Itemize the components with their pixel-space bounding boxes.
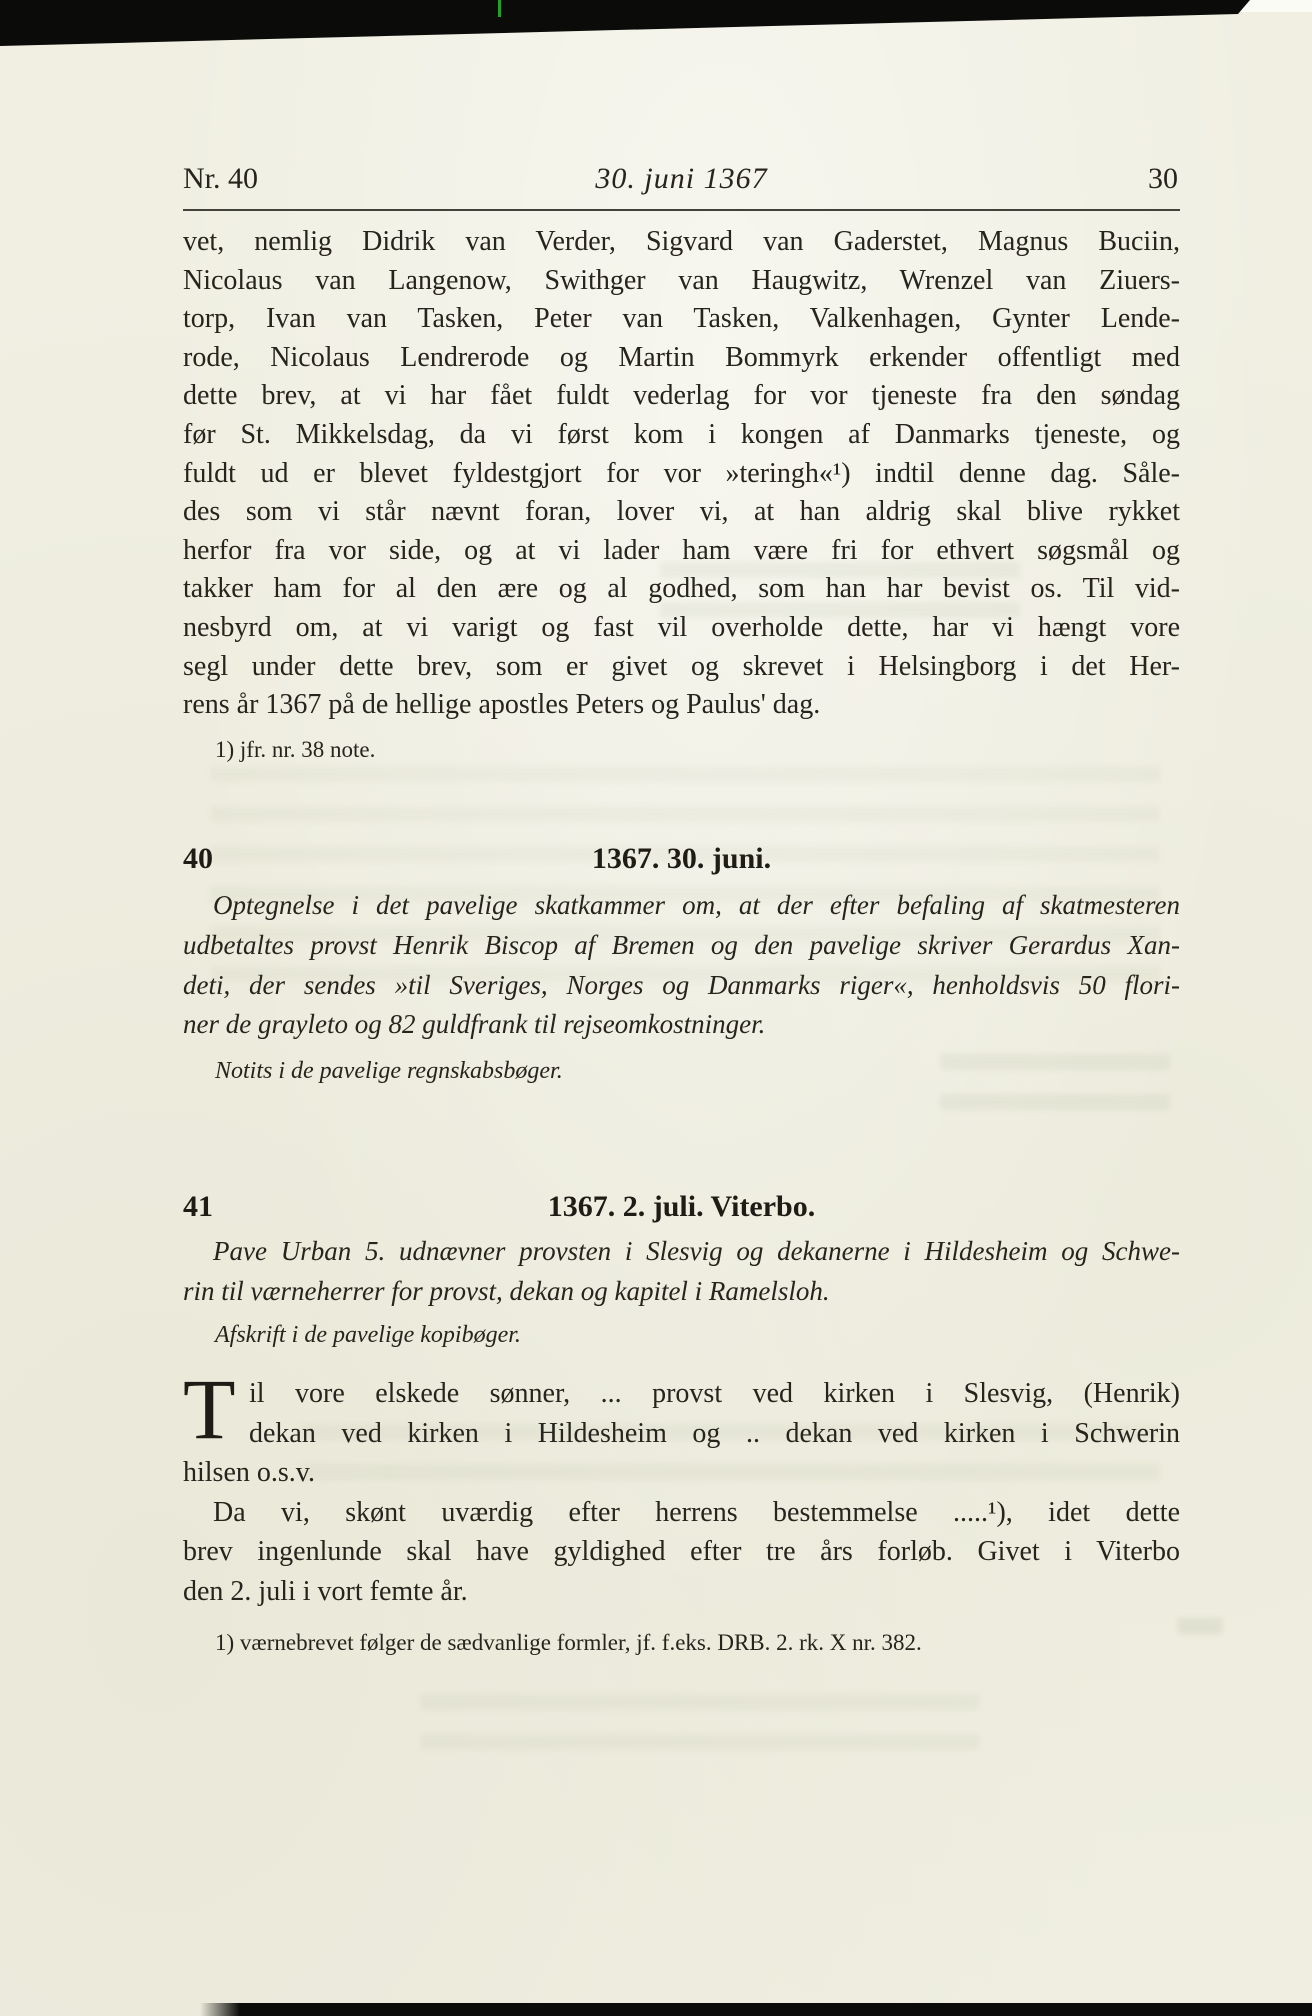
text-line: den 2. juli i vort femte år. <box>183 1572 1180 1612</box>
entry-40-heading: 40 1367. 30. juni. <box>183 842 1180 878</box>
text-line: rode, Nicolaus Lendrerode og Martin Bomm… <box>183 339 1180 378</box>
text-line: Optegnelse i det pavelige skatkammer om,… <box>183 886 1180 926</box>
scanned-book-page: Nr. 40 30. juni 1367 30 vet, nemlig Didr… <box>0 0 1312 2016</box>
text-line: Da vi, skønt uværdig efter herrens beste… <box>183 1493 1180 1533</box>
entry-40-source-note: Notits i de pavelige regnskabsbøger. <box>183 1058 1212 1085</box>
drop-cap: T <box>183 1374 249 1450</box>
scan-artifact-green-line <box>498 0 501 17</box>
entry-date: 1367. 30. juni. <box>183 842 1180 876</box>
text-line: dekan ved kirken i Hildesheim og .. deka… <box>183 1414 1180 1454</box>
text-line: fuldt ud er blevet fyldestgjort for vor … <box>183 455 1180 494</box>
scan-corner-background <box>1238 0 1312 12</box>
scan-border-top <box>0 0 1312 46</box>
text-line: Pave Urban 5. udnævner provsten i Slesvi… <box>183 1232 1180 1272</box>
text-line: des som vi står nævnt foran, lover vi, a… <box>183 493 1180 532</box>
text-line: il vore elskede sønner, ... provst ved k… <box>183 1374 1180 1414</box>
text-line: deti, der sendes »til Sveriges, Norges o… <box>183 966 1180 1006</box>
text-line: brev ingenlunde skal have gyldighed efte… <box>183 1532 1180 1572</box>
text-line: segl under dette brev, som er givet og s… <box>183 648 1180 687</box>
entry-41-source-note: Afskrift i de pavelige kopibøger. <box>183 1322 1212 1349</box>
entry-41-summary: Pave Urban 5. udnævner provsten i Slesvi… <box>183 1232 1180 1312</box>
continuation-paragraph: vet, nemlig Didrik van Verder, Sigvard v… <box>183 223 1180 725</box>
text-line: rens år 1367 på de hellige apostles Pete… <box>183 686 1180 725</box>
text-line: hilsen o.s.v. <box>183 1453 1180 1493</box>
text-line: torp, Ivan van Tasken, Peter van Tasken,… <box>183 300 1180 339</box>
text-line: udbetaltes provst Henrik Biscop af Breme… <box>183 926 1180 966</box>
footnote-2: 1) værnebrevet følger de sædvanlige form… <box>183 1630 1212 1656</box>
page-number: 30 <box>1148 162 1178 196</box>
entry-41-heading: 41 1367. 2. juli. Viterbo. <box>183 1190 1180 1226</box>
header-rule <box>183 209 1180 211</box>
text-line: Nicolaus van Langenow, Swithger van Haug… <box>183 262 1180 301</box>
entry-date: 1367. 2. juli. Viterbo. <box>183 1190 1180 1224</box>
running-header: Nr. 40 30. juni 1367 30 <box>183 162 1180 202</box>
text-line: takker ham for al den ære og al godhed, … <box>183 570 1180 609</box>
text-line: før St. Mikkelsdag, da vi først kom i ko… <box>183 416 1180 455</box>
entry-41-body: T il vore elskede sønner, ... provst ved… <box>183 1374 1180 1611</box>
text-line: vet, nemlig Didrik van Verder, Sigvard v… <box>183 223 1180 262</box>
scan-border-bottom <box>200 2003 1312 2016</box>
text-line: ner de grayleto og 82 guldfrank til rejs… <box>183 1005 1180 1045</box>
text-line: rin til værneherrer for provst, dekan og… <box>183 1272 1180 1312</box>
entry-40-summary: Optegnelse i det pavelige skatkammer om,… <box>183 886 1180 1045</box>
page-bleed-through <box>420 1688 980 1770</box>
text-line: dette brev, at vi har fået fuldt vederla… <box>183 377 1180 416</box>
text-line: nesbyrd om, at vi varigt og fast vil ove… <box>183 609 1180 648</box>
footnote-1: 1) jfr. nr. 38 note. <box>183 737 1212 763</box>
text-line: herfor fra vor side, og at vi lader ham … <box>183 532 1180 571</box>
running-header-date: 30. juni 1367 <box>183 162 1180 196</box>
